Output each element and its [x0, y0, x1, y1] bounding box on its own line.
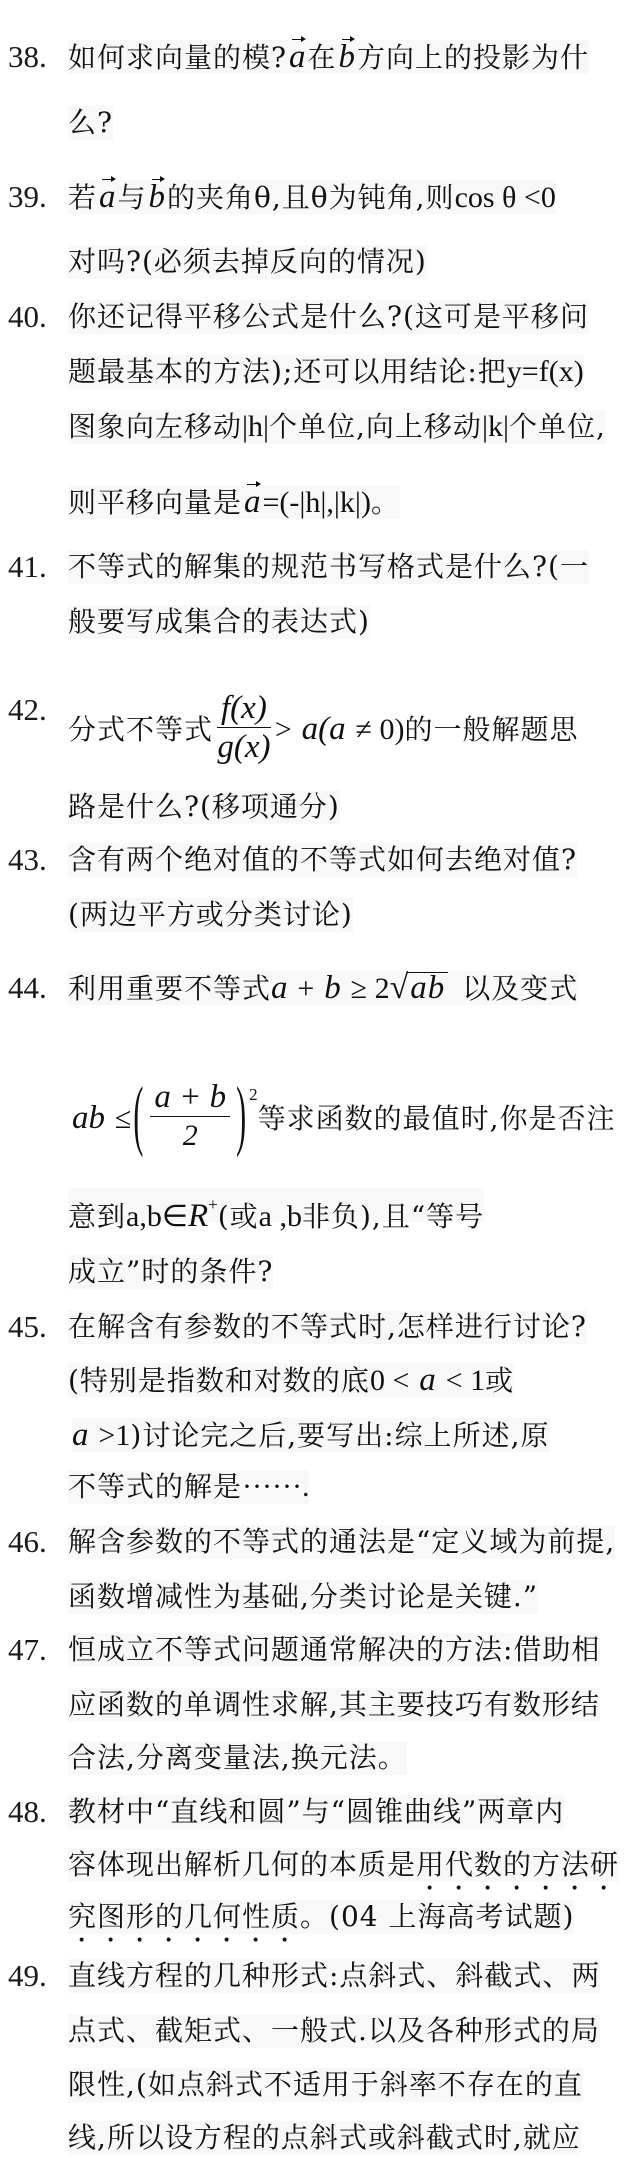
line-text: 的夹角θ,且θ为钝角,则 — [167, 181, 455, 214]
item-line: 合法,分离变量法,换元法。 — [68, 1741, 407, 1775]
math-variable: a(a — [302, 711, 346, 747]
vector-b: b — [339, 40, 356, 74]
line-text: 与 — [118, 181, 147, 214]
item-line: 直线方程的几种形式:点斜式、斜截式、两 — [68, 1959, 600, 1993]
line-text: 点式、截矩式、一般式.以及各种形式的局 — [68, 2014, 600, 2047]
right-paren: ) — [236, 1072, 247, 1160]
line-text: 非负),且“等号 — [302, 1200, 484, 1233]
math-expression: =(-|h|,|k|) — [263, 486, 371, 519]
line-text: 教材中“直线和圆”与“圆锥曲线”两章内 — [68, 1795, 564, 1828]
item-number: 47. — [8, 1633, 47, 1667]
emphasized-text: 用代数的方法研 — [416, 1848, 619, 1881]
math-variable: a — [419, 1362, 436, 1398]
line-text: 路是什么?(移项通分) — [68, 790, 340, 823]
fraction: a + b2 — [150, 1078, 230, 1155]
line-text: 解含参数的不等式的通法是“定义域为前提, — [68, 1525, 615, 1558]
math-expression: y=f(x) — [507, 355, 584, 388]
math-variable: b — [324, 970, 341, 1006]
ellipsis: ······. — [242, 1470, 309, 1503]
item-line: 点式、截矩式、一般式.以及各种形式的局 — [68, 2014, 600, 2048]
item-line: 图象向左移动|h|个单位,向上移动|k|个单位, — [68, 410, 606, 444]
item-number: 44. — [8, 971, 47, 1005]
item-line: 般要写成集合的表达式) — [68, 605, 370, 639]
line-text: 线,所以设方程的点斜式或斜截式时,就应 — [68, 2121, 581, 2154]
math-variable: R — [188, 1198, 208, 1234]
item-line: 题最基本的方法);还可以用结论:把y=f(x) — [68, 355, 584, 389]
math-variable: a — [72, 1417, 89, 1453]
item-line: (两边平方或分类讨论) — [68, 898, 353, 932]
line-text: 若 — [68, 181, 97, 214]
item-line: 则平移向量是a=(-|h|,|k|)。 — [68, 485, 400, 519]
line-text: 恒成立不等式问题通常解决的方法:借助相 — [68, 1633, 600, 1666]
item-number: 38. — [8, 40, 47, 74]
vector-a: a — [244, 485, 261, 519]
math-variable: a — [271, 970, 288, 1006]
fraction-denominator: g(x) — [217, 728, 270, 766]
line-text: 不等式的解集的规范书写格式是什么?(一 — [68, 550, 589, 583]
emphasized-text: 究图形的几何性质 — [68, 1900, 300, 1933]
vector-a: a — [289, 40, 306, 74]
item-number: 45. — [8, 1310, 47, 1344]
superscript: + — [208, 1195, 218, 1214]
line-text: 你还记得平移公式是什么?(这可是平移问 — [68, 300, 589, 333]
line-text: 则平移向量是 — [68, 486, 242, 519]
item-line: 容体现出解析几何的本质是用代数的方法研 — [68, 1848, 619, 1882]
line-text: 含有两个绝对值的不等式如何去绝对值? — [68, 843, 577, 876]
item-line: 意到a,b∈R+(或a ,b非负),且“等号 — [68, 1188, 484, 1222]
item-line: 线,所以设方程的点斜式或斜截式时,就应 — [68, 2121, 581, 2155]
item-line: 不等式的解是······. — [68, 1470, 309, 1504]
item-line: 利用重要不等式a + b ≥ 2√ab以及变式 — [68, 971, 578, 1005]
math-expression: >1 — [98, 1419, 130, 1452]
line-text: 在解含有参数的不等式时,怎样进行讨论? — [68, 1310, 587, 1343]
item-line: 教材中“直线和圆”与“圆锥曲线”两章内 — [68, 1795, 564, 1829]
item-line: 不等式的解集的规范书写格式是什么?(一 — [68, 550, 589, 584]
line-text: 应函数的单调性求解,其主要技巧有数形结 — [68, 1688, 600, 1721]
item-line: 成立”时的条件? — [68, 1255, 273, 1289]
item-number: 39. — [8, 180, 47, 214]
line-text: 不等式的解是 — [68, 1470, 242, 1503]
math-expression: 0 < — [370, 1364, 409, 1397]
line-text: 对吗?(必须去掉反向的情况) — [68, 245, 427, 278]
line-text: (或 — [218, 1200, 259, 1233]
vector-b: b — [149, 180, 166, 214]
math-operator: + — [297, 972, 314, 1005]
line-text: 函数增减性为基础,分类讨论是关键.” — [68, 1580, 538, 1613]
fraction-numerator: f(x) — [217, 689, 271, 728]
item-line: 限性,(如点斜式不适用于斜率不存在的直 — [68, 2068, 583, 2102]
item-line: 在解含有参数的不等式时,怎样进行讨论? — [68, 1310, 587, 1344]
item-number: 43. — [8, 843, 47, 877]
item-line: (特别是指数和对数的底0 < a < 1或 — [68, 1363, 514, 1397]
line-text: (两边平方或分类讨论) — [68, 898, 353, 931]
item-line: 应函数的单调性求解,其主要技巧有数形结 — [68, 1688, 600, 1722]
item-number: 42. — [8, 693, 47, 727]
line-text: )讨论完之后,要写出:综上所述,原 — [130, 1419, 549, 1452]
math-expression: |k| — [482, 410, 509, 443]
line-text: 题最基本的方法);还可以用结论:把 — [68, 355, 507, 388]
line-text: (特别是指数和对数的底 — [68, 1364, 370, 1397]
line-text: 个单位, — [509, 410, 606, 443]
math-variable: ab — [72, 1100, 105, 1136]
line-text: 。(04 上海高考试题) — [300, 1900, 574, 1933]
line-text: 么? — [68, 106, 113, 139]
line-text: 或 — [485, 1364, 514, 1397]
math-expression: a,b∈ — [126, 1200, 188, 1233]
fraction-denominator: 2 — [183, 1117, 198, 1155]
item-number: 41. — [8, 550, 47, 584]
item-line: 函数增减性为基础,分类讨论是关键.” — [68, 1580, 538, 1614]
item-line: 若a与b的夹角θ,且θ为钝角,则cos θ <0 — [68, 180, 556, 214]
item-number: 46. — [8, 1525, 47, 1559]
fraction-numerator: a + b — [150, 1078, 230, 1117]
radicand: ab — [407, 972, 448, 1003]
line-text: 以及变式 — [462, 972, 578, 1005]
item-number: 40. — [8, 300, 47, 334]
item-line: 如何求向量的模?a在b方向上的投影为什 — [68, 40, 589, 74]
item-line: 恒成立不等式问题通常解决的方法:借助相 — [68, 1633, 600, 1667]
item-number: 49. — [8, 1959, 47, 1993]
line-text: 个单位,向上移动 — [269, 410, 482, 443]
item-line: 么? — [68, 106, 113, 140]
line-text: 成立”时的条件? — [68, 1255, 273, 1288]
line-text: 利用重要不等式 — [68, 972, 271, 1005]
math-expression: a ,b — [259, 1200, 302, 1233]
item-line: 路是什么?(移项通分) — [68, 790, 340, 824]
math-expression: ≥ 2 — [351, 972, 390, 1005]
exponent: 2 — [249, 1085, 258, 1104]
line-text: 如何求向量的模? — [68, 41, 287, 74]
item-line: a >1)讨论完之后,要写出:综上所述,原 — [72, 1418, 550, 1452]
item-line: 含有两个绝对值的不等式如何去绝对值? — [68, 843, 577, 877]
math-operator: ≤ — [115, 1102, 131, 1135]
line-text: 分式不等式 — [68, 713, 213, 746]
item-line: 你还记得平移公式是什么?(这可是平移问 — [68, 300, 589, 334]
line-text: 限性,(如点斜式不适用于斜率不存在的直 — [68, 2068, 583, 2101]
math-expression: < 1 — [446, 1364, 485, 1397]
document-page: 38. 如何求向量的模?a在b方向上的投影为什 么? 39. 若a与b的夹角θ,… — [0, 0, 636, 2158]
line-text: 合法,分离变量法,换元法。 — [68, 1741, 407, 1774]
math-expression: cos θ <0 — [455, 181, 556, 214]
math-expression: ≠ 0) — [356, 713, 405, 746]
math-operator: > — [275, 713, 292, 746]
math-expression: |h| — [242, 410, 269, 443]
item-line: 解含参数的不等式的通法是“定义域为前提, — [68, 1525, 615, 1559]
item-number: 48. — [8, 1795, 47, 1829]
line-text: 容体现出解析几何的本质是 — [68, 1848, 416, 1881]
line-text: 的一般解题思 — [405, 713, 579, 746]
fraction: f(x)g(x) — [217, 689, 271, 766]
line-text: 般要写成集合的表达式) — [68, 605, 370, 638]
item-line: 分式不等式f(x)g(x)> a(a ≠ 0)的一般解题思 — [68, 693, 579, 727]
line-text: 。 — [371, 486, 400, 519]
line-text: 等求函数的最值时,你是否注 — [258, 1102, 616, 1135]
line-text: 意到 — [68, 1200, 126, 1233]
line-text: 直线方程的几种形式:点斜式、斜截式、两 — [68, 1959, 600, 1992]
item-line: ab ≤(a + b2)2等求函数的最值时,你是否注 — [72, 1078, 616, 1112]
vector-a: a — [99, 180, 116, 214]
left-paren: ( — [133, 1072, 144, 1160]
line-text: 在 — [308, 41, 337, 74]
line-text: 方向上的投影为什 — [357, 41, 589, 74]
line-text: 图象向左移动 — [68, 410, 242, 443]
item-line: 究图形的几何性质。(04 上海高考试题) — [68, 1900, 574, 1934]
item-line: 对吗?(必须去掉反向的情况) — [68, 245, 427, 279]
